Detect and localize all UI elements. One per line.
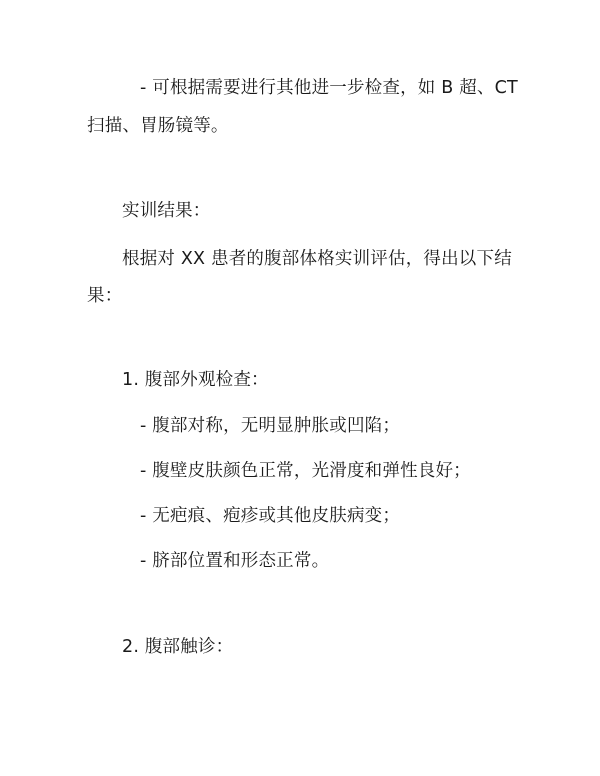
list-heading-palpation: 2. 腹部触诊： bbox=[122, 636, 233, 658]
document-page: - 可根据需要进行其他进一步检查，如 B 超、CT 扫描、胃肠镜等。 实训结果：… bbox=[0, 0, 600, 776]
list-heading-appearance-exam: 1. 腹部外观检查： bbox=[122, 369, 269, 391]
paragraph-line-results-intro-cont: 果： bbox=[87, 285, 122, 307]
list-item-navel: - 脐部位置和形态正常。 bbox=[140, 550, 329, 572]
paragraph-line-further-exams-cont: 扫描、胃肠镜等。 bbox=[87, 115, 229, 137]
list-item-no-lesions: - 无疤痕、疱疹或其他皮肤病变； bbox=[140, 505, 400, 527]
list-item-skin-color: - 腹壁皮肤颜色正常，光滑度和弹性良好； bbox=[140, 460, 471, 482]
section-heading-results: 实训结果： bbox=[122, 200, 211, 222]
paragraph-line-results-intro: 根据对 XX 患者的腹部体格实训评估，得出以下结 bbox=[122, 248, 512, 270]
list-item-symmetry: - 腹部对称，无明显肿胀或凹陷； bbox=[140, 415, 400, 437]
paragraph-line-further-exams: - 可根据需要进行其他进一步检查，如 B 超、CT bbox=[140, 77, 518, 99]
